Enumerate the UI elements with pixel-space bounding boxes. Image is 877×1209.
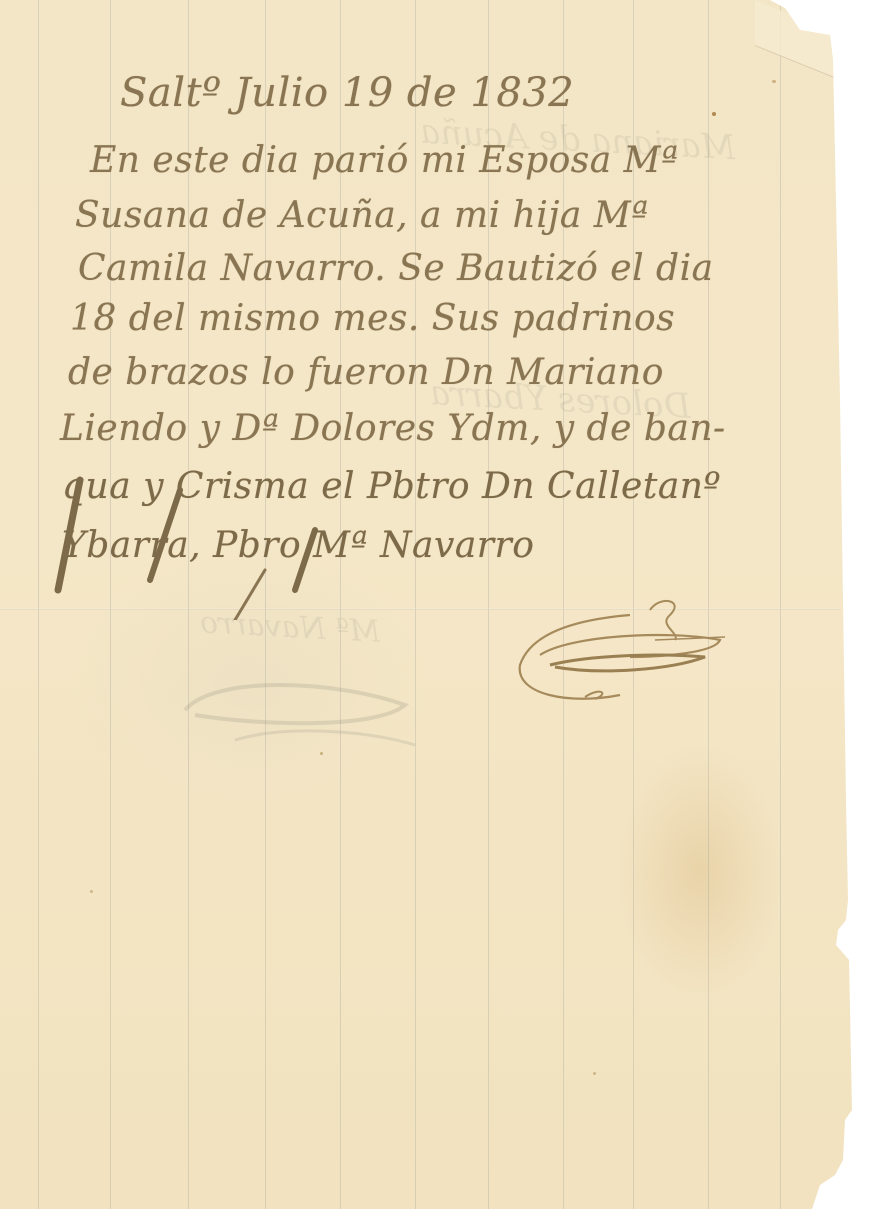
manuscript-line: de brazos lo fueron Dn Mariano	[68, 352, 664, 393]
bleed-through-flourish	[175, 670, 435, 760]
manuscript-line: Susana de Acuña, a mi hija Mª	[75, 195, 649, 236]
pen-strokes	[40, 470, 500, 620]
foxing-spot	[90, 890, 93, 893]
ink-dot	[712, 112, 716, 116]
foxing-spot	[772, 80, 776, 83]
ruled-line	[780, 0, 781, 1209]
manuscript-line: Liendo y Dª Dolores Ydm, y de ban-	[60, 408, 726, 449]
signature-rubric	[510, 595, 735, 710]
foxing-spot	[593, 1072, 596, 1075]
manuscript-line: 18 del mismo mes. Sus padrinos	[70, 298, 675, 339]
ruled-line	[38, 0, 39, 1209]
folded-corner	[755, 0, 840, 80]
manuscript-line: Camila Navarro. Se Bautizó el dia	[78, 248, 714, 289]
foxing-spot	[320, 752, 323, 755]
manuscript-page: Mariana de Acuña Dolores Ybarra Mª Navar…	[0, 0, 877, 1209]
document-heading: Saltº Julio 19 de 1832	[120, 70, 574, 116]
manuscript-line: En este dia parió mi Esposa Mª	[90, 140, 679, 181]
